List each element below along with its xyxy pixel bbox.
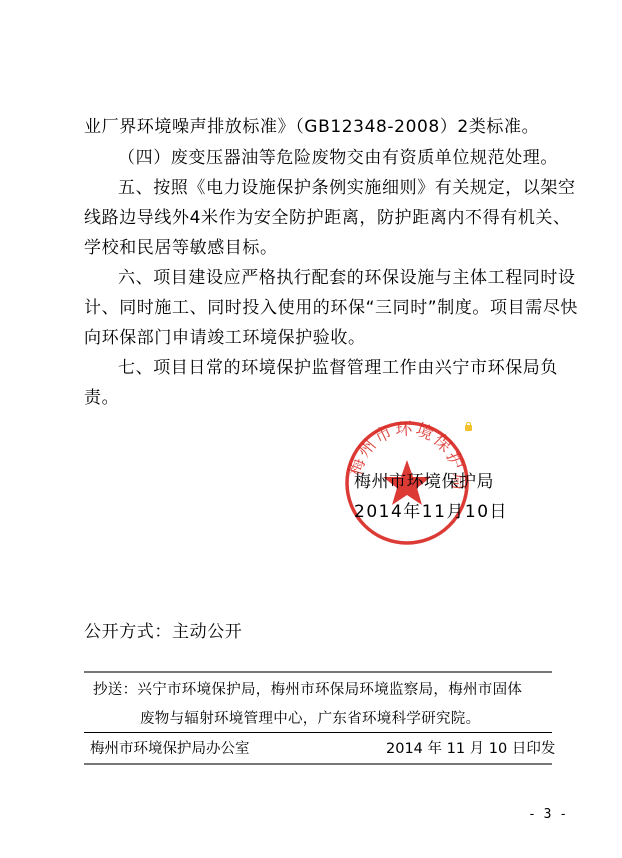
- page-number: - 3 -: [528, 807, 567, 822]
- body-line-8: 向环保部门申请竣工环境保护验收。: [84, 328, 366, 348]
- lock-icon: [465, 425, 472, 431]
- footer-office: 梅州市环境保护局办公室: [90, 740, 250, 758]
- footer-bottom-rule: [84, 763, 552, 765]
- cc-line-1: 抄送：兴宁市环境保护局，梅州市环保局环境监察局，梅州市固体: [93, 681, 522, 699]
- cc-line-2: 废物与辐射环境管理中心，广东省环境科学研究院。: [140, 710, 480, 728]
- body-line-6: 六、项目建设应严格执行配套的环保设施与主体工程同时设: [118, 268, 576, 288]
- cc-bottom-rule: [84, 732, 552, 733]
- footer-issue-date: 2014 年 11 月 10 日印发: [386, 740, 555, 758]
- body-line-7: 计、同时施工、同时投入使用的环保“三同时”制度。项目需尽快: [84, 298, 578, 318]
- body-line-4: 线路边导线外4米作为安全防护距离，防护距离内不得有机关、: [84, 208, 571, 228]
- body-line-9: 七、项目日常的环境保护监督管理工作由兴宁市环保局负: [118, 358, 558, 378]
- body-line-10: 责。: [84, 388, 119, 408]
- body-line-5: 学校和民居等敏感目标。: [84, 238, 278, 258]
- signature-organization: 梅州市环境保护局: [354, 472, 494, 492]
- document-page: 业厂界环境噪声排放标准》（GB12348-2008）2类标准。 （四）废变压器油…: [0, 0, 622, 858]
- cc-top-rule: [84, 671, 552, 673]
- signature-date: 2014年11月10日: [354, 502, 508, 522]
- body-line-3: 五、按照《电力设施保护条例实施细则》有关规定，以架空: [118, 178, 576, 198]
- disclosure-method: 公开方式：主动公开: [84, 622, 242, 642]
- body-line-2: （四）废变压器油等危险废物交由有资质单位规范处理。: [118, 148, 558, 168]
- body-line-1: 业厂界环境噪声排放标准》（GB12348-2008）2类标准。: [84, 117, 539, 137]
